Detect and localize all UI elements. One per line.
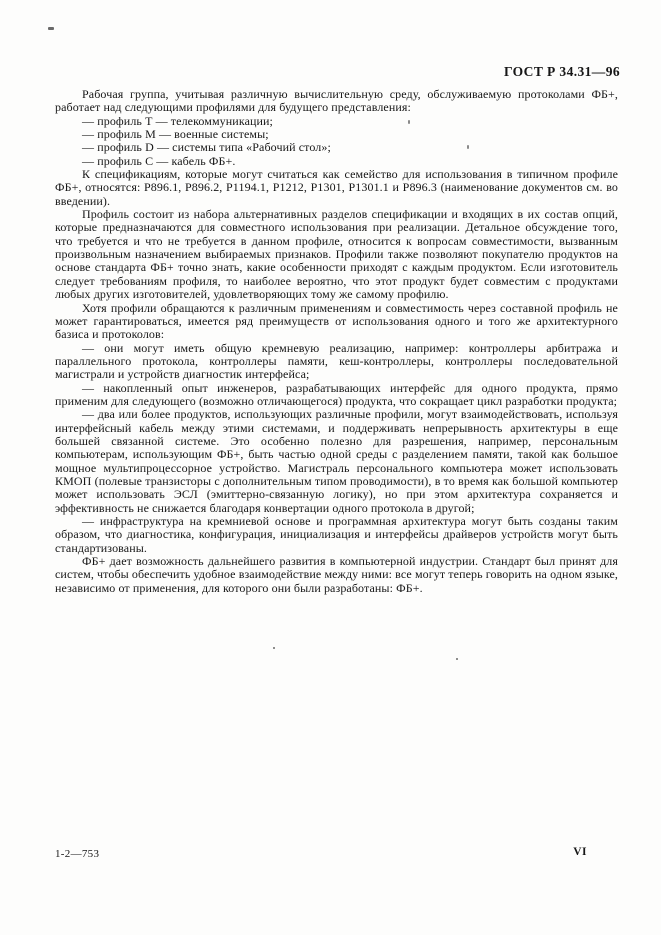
scan-artifact — [273, 647, 275, 649]
profile-list-item: — профиль М — военные системы; — [55, 128, 618, 141]
scan-artifact — [467, 145, 469, 149]
paragraph: Профиль состоит из набора альтернативных… — [55, 208, 618, 301]
profile-list-item: — профиль Т — телекоммуникации; — [55, 115, 618, 128]
paragraph: Хотя профили обращаются к различным прим… — [55, 302, 618, 342]
profile-list-item: — профиль С — кабель ФБ+. — [55, 155, 618, 168]
bullet-item: — накопленный опыт инженеров, разрабатыв… — [55, 382, 618, 409]
print-signature: 1-2—753 — [55, 848, 99, 860]
document-body: Рабочая группа, учитывая различную вычис… — [55, 88, 618, 595]
bullet-item: — они могут иметь общую кремневую реализ… — [55, 342, 618, 382]
bullet-item: — инфраструктура на кремниевой основе и … — [55, 515, 618, 555]
scan-artifact — [408, 120, 410, 124]
doc-number: ГОСТ Р 34.31—96 — [504, 64, 620, 80]
paragraph: К спецификациям, которые могут считаться… — [55, 168, 618, 208]
page-number: VI — [573, 846, 587, 858]
scan-artifact — [48, 27, 54, 30]
document-page: ГОСТ Р 34.31—96 Рабочая группа, учитывая… — [0, 0, 661, 935]
profile-list-item: — профиль D — системы типа «Рабочий стол… — [55, 141, 618, 154]
paragraph: Рабочая группа, учитывая различную вычис… — [55, 88, 618, 115]
paragraph: ФБ+ дает возможность дальнейшего развити… — [55, 555, 618, 595]
bullet-item: — два или более продуктов, использующих … — [55, 408, 618, 515]
scan-artifact — [456, 658, 458, 660]
